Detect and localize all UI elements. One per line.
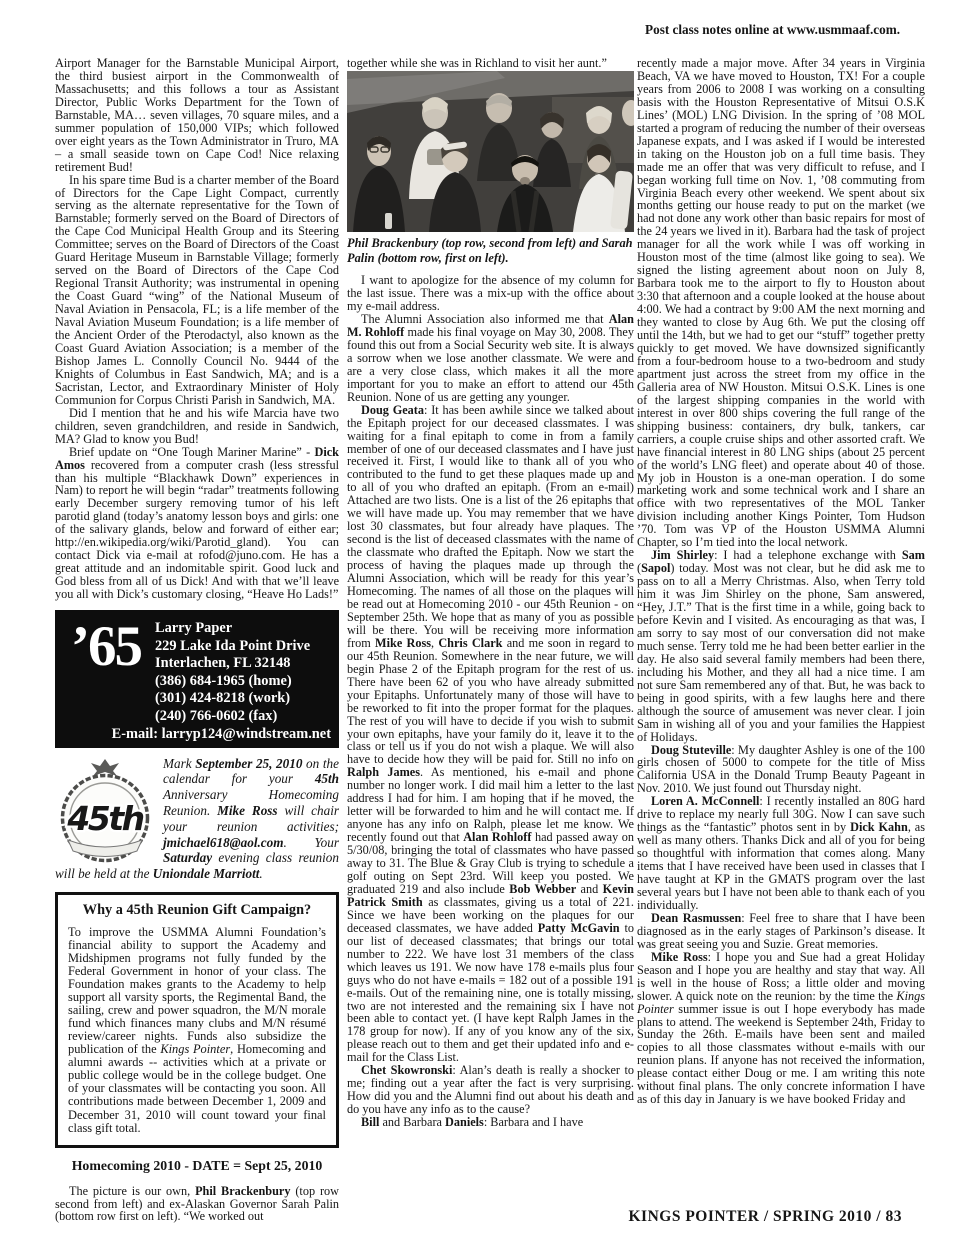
contact-phone-home: (386) 684-1965 (home)	[155, 673, 310, 691]
page-footer: KINGS POINTER / SPRING 2010 / 83	[628, 1208, 902, 1226]
class-contact-box: ’65 Larry Paper 229 Lake Ida Point Drive…	[55, 610, 339, 748]
homecoming-date-line: Homecoming 2010 - DATE = Sept 25, 2010	[55, 1160, 339, 1173]
seal-45th-text: 45th	[66, 799, 143, 838]
photo-caption: Phil Brackenbury (top row, second from l…	[347, 236, 634, 265]
column-middle: together while she was in Richland to vi…	[347, 57, 634, 1129]
daniels-houston-paragraph: recently made a major move. After 34 yea…	[637, 57, 925, 549]
contact-name: Larry Paper	[155, 620, 310, 638]
gift-campaign-body: To improve the USMMA Alumni Foundation’s…	[68, 926, 326, 1135]
magazine-page: Post class notes online at www.usmmaaf.c…	[0, 0, 960, 1247]
45th-anniversary-seal-icon: 45th	[55, 758, 155, 864]
group-photo	[347, 71, 634, 232]
contact-street: 229 Lake Ida Point Drive	[155, 638, 310, 656]
picture-intro-paragraph: The picture is our own, Phil Brackenbury…	[55, 1185, 339, 1224]
doug-stuteville-paragraph: Doug Stuteville: My daughter Ashley is o…	[637, 744, 925, 796]
rohloff-obit-paragraph: The Alumni Association also informed me …	[347, 313, 634, 404]
column-left: Airport Manager for the Barnstable Munic…	[55, 57, 339, 1223]
apology-paragraph: I want to apologize for the absence of m…	[347, 274, 634, 313]
bud-career-paragraph: Airport Manager for the Barnstable Munic…	[55, 57, 339, 174]
contact-email: E-mail: larryp124@windstream.net	[65, 726, 333, 741]
gift-campaign-box: Why a 45th Reunion Gift Campaign? To imp…	[55, 892, 339, 1148]
lead-continuation-line: together while she was in Richland to vi…	[347, 57, 634, 70]
class-year-label: ’65	[65, 618, 155, 726]
dick-amos-paragraph: Brief update on “One Tough Mariner Marin…	[55, 446, 339, 601]
loren-mcconnell-paragraph: Loren A. McConnell: I recently installed…	[637, 795, 925, 912]
contact-fax: (240) 766-0602 (fax)	[155, 708, 310, 726]
jim-shirley-paragraph: Jim Shirley: I had a telephone exchange …	[637, 549, 925, 743]
gift-campaign-title: Why a 45th Reunion Gift Campaign?	[68, 904, 326, 917]
header-note: Post class notes online at www.usmmaaf.c…	[645, 22, 900, 38]
reunion-note: 45th Mark September 25, 2010 on the cale…	[55, 756, 339, 882]
daniels-paragraph: Bill and Barbara Daniels: Barbara and I …	[347, 1116, 634, 1129]
contact-phone-work: (301) 424-8218 (work)	[155, 690, 310, 708]
doug-geata-paragraph: Doug Geata: It has been awhile since we …	[347, 404, 634, 1065]
column-right: recently made a major move. After 34 yea…	[637, 57, 925, 1106]
bud-boards-paragraph: In his spare time Bud is a charter membe…	[55, 174, 339, 407]
class-secretary-address: Larry Paper 229 Lake Ida Point Drive Int…	[155, 618, 310, 726]
bud-family-paragraph: Did I mention that he and his wife Marci…	[55, 407, 339, 446]
dean-rasmussen-paragraph: Dean Rasmussen: Feel free to share that …	[637, 912, 925, 951]
chet-skowronski-paragraph: Chet Skowronski: Alan’s death is really …	[347, 1064, 634, 1116]
contact-city: Interlachen, FL 32148	[155, 655, 310, 673]
mike-ross-paragraph: Mike Ross: I hope you and Sue had a grea…	[637, 951, 925, 1106]
